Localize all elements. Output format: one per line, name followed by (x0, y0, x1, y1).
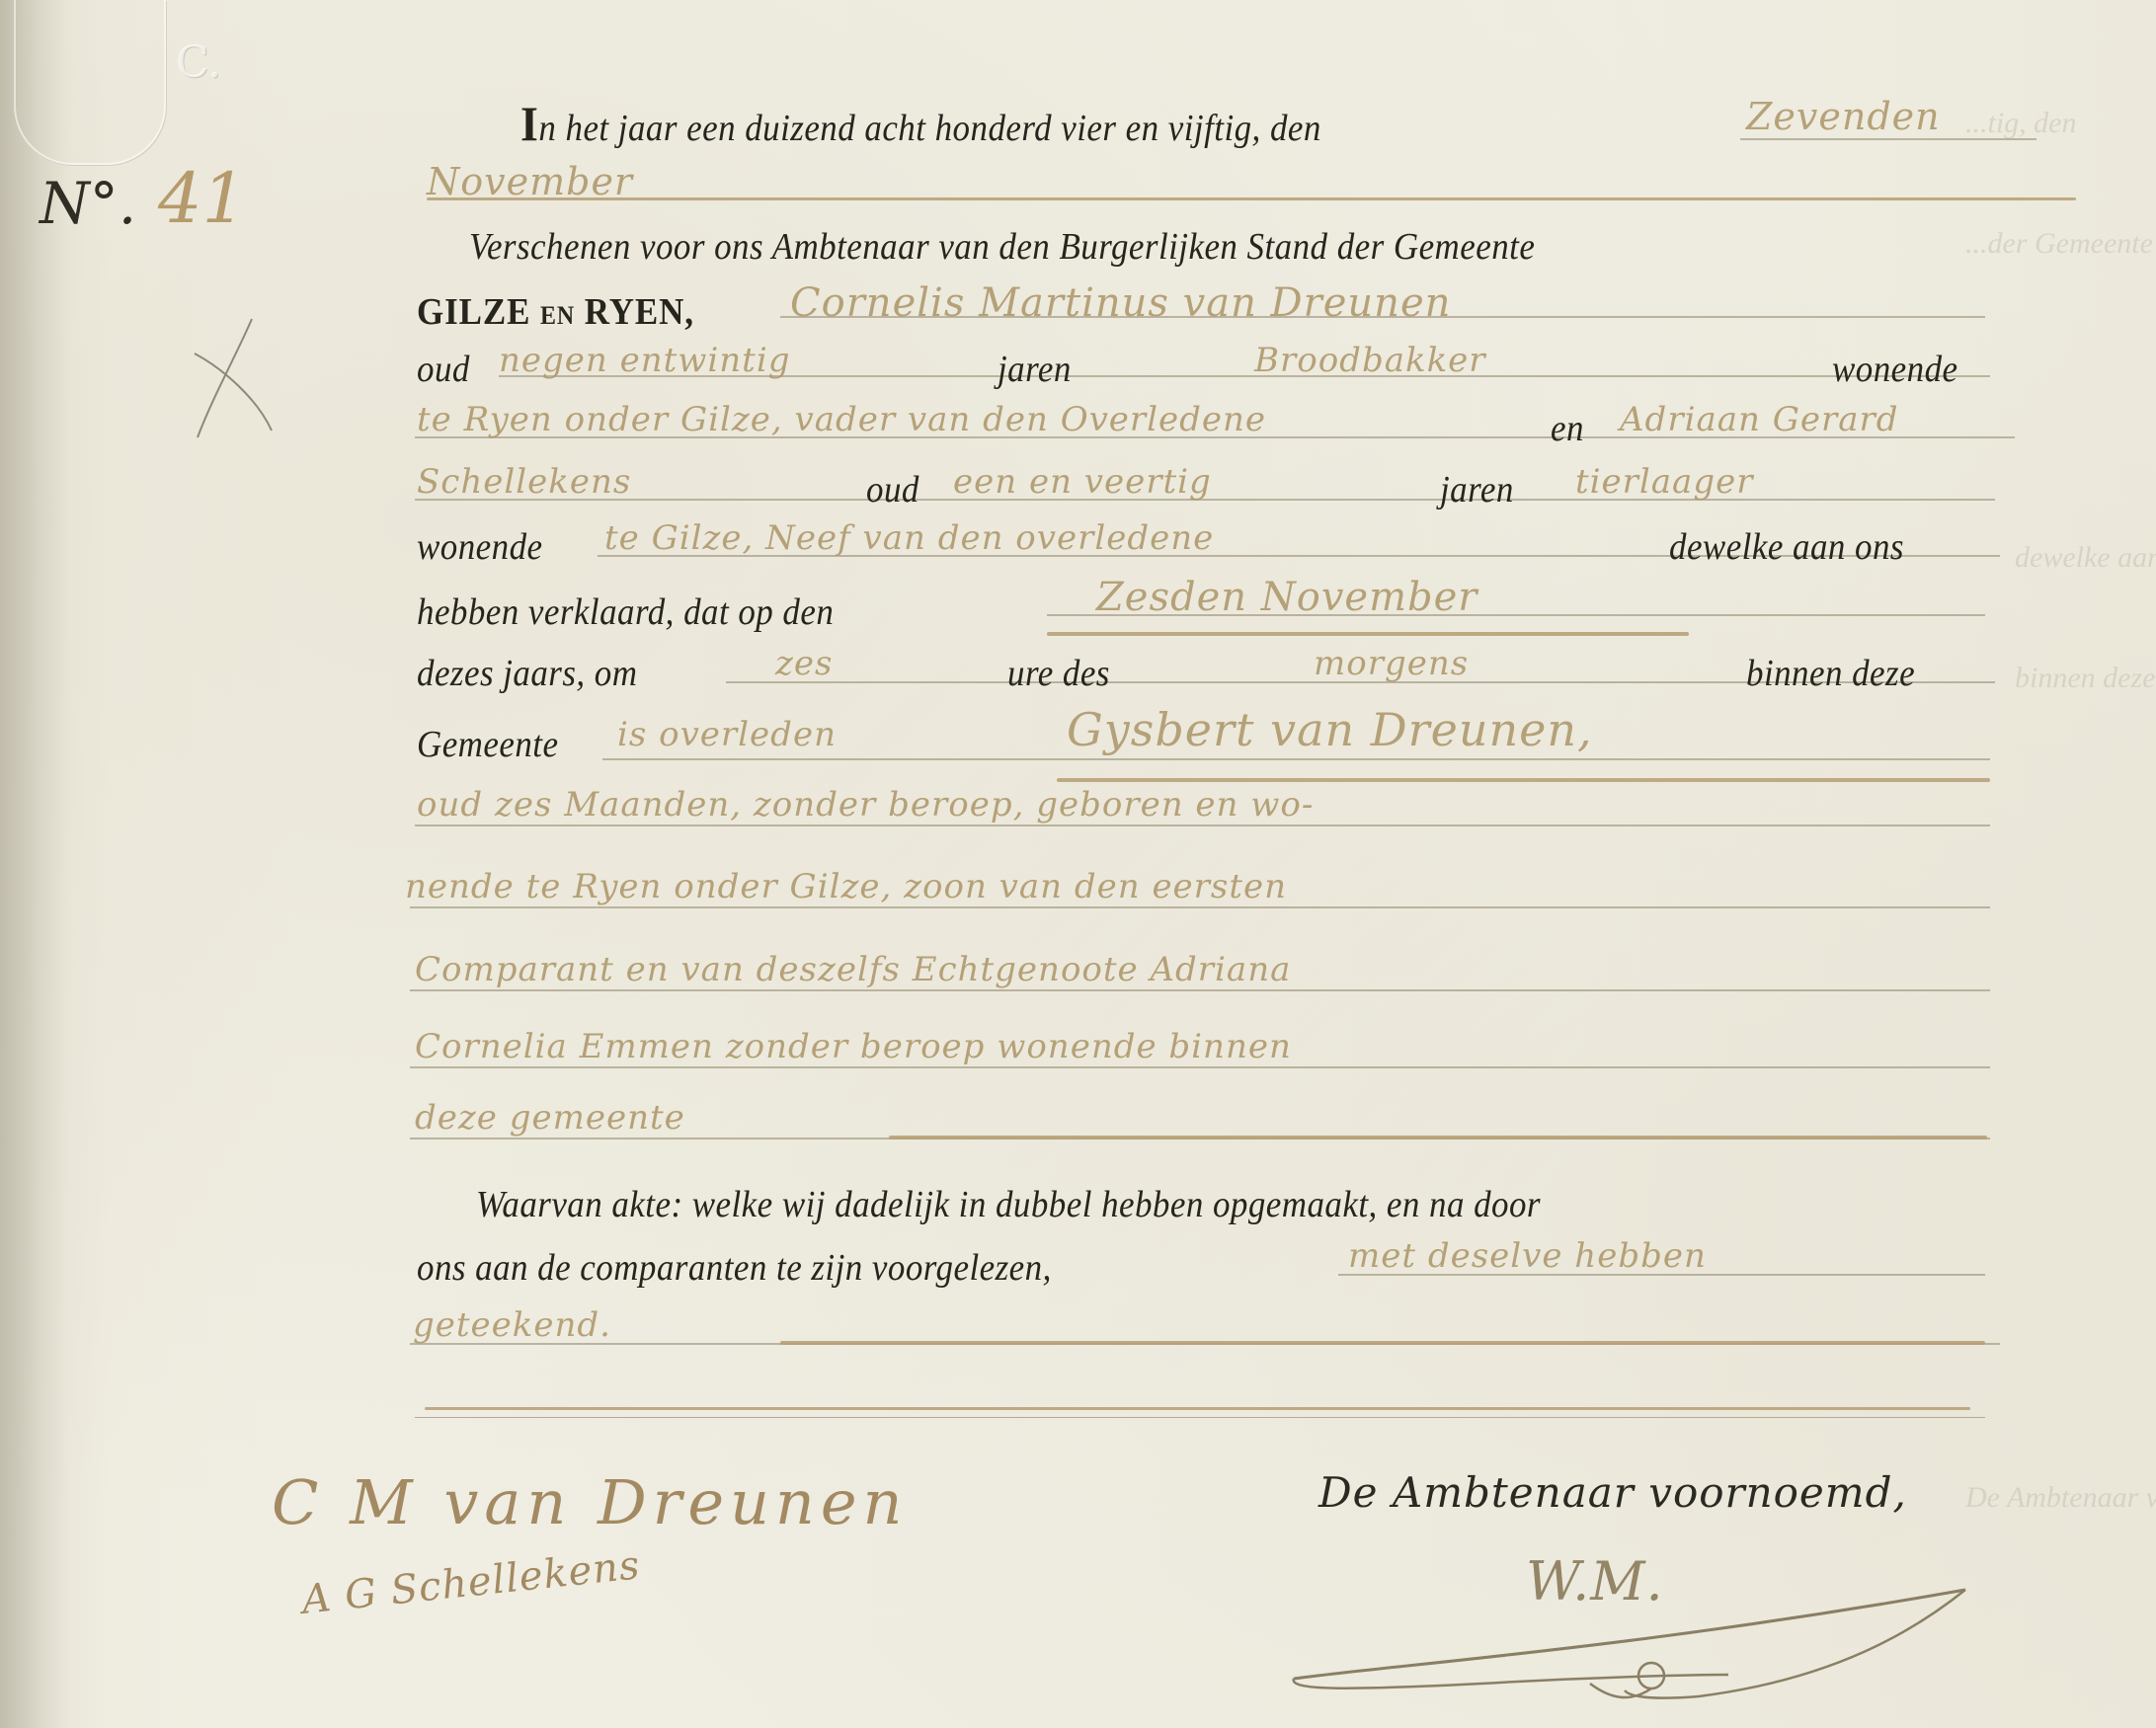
hand-hour: zes (775, 644, 833, 683)
embossed-seal (14, 0, 166, 165)
hand-declarant-2-surname: Schellekens (417, 462, 631, 502)
closing-line-1: Waarvan akte: welke wij dadelijk in dubb… (476, 1183, 1541, 1226)
fill-line (1740, 138, 2036, 140)
section-divider (425, 1407, 1970, 1410)
bleed-text: dewelke aan ons (2015, 541, 2156, 575)
hand-day: Zevenden (1746, 95, 1941, 138)
label-oud: oud (866, 468, 919, 511)
fill-line (410, 906, 1990, 908)
hand-deceased-details-1: oud zes Maanden, zonder beroep, geboren … (417, 785, 1314, 825)
fill-line (602, 758, 1990, 760)
hand-deceased-details-4: Cornelia Emmen zonder beroep wonende bin… (415, 1027, 1292, 1066)
binding-gutter-shadow (0, 0, 69, 1728)
hand-signed-with: met deselve hebben (1348, 1236, 1707, 1276)
hand-occupation-1: Broodbakker (1254, 341, 1486, 380)
hand-declarant-1-name: Cornelis Martinus van Dreunen (790, 280, 1451, 326)
hand-residence-2: te Gilze, Neef van den overledene (604, 518, 1214, 558)
label-wonende: wonende (417, 525, 542, 569)
label-en: en (1551, 407, 1584, 450)
label-jaren: jaren (998, 348, 1072, 391)
fill-line (410, 1066, 1990, 1068)
hand-time-of-day: morgens (1314, 644, 1469, 683)
declared-line: hebben verklaard, dat op den (417, 590, 834, 634)
hand-signed: geteekend. (413, 1305, 611, 1345)
hand-age-1: negen entwintig (499, 341, 790, 380)
hand-is-overleden: is overleden (617, 715, 837, 754)
label-jaren: jaren (1440, 468, 1514, 511)
section-divider (415, 1417, 1985, 1418)
hand-month: November (427, 160, 633, 203)
label-dezes-jaars: dezes jaars, om (417, 652, 637, 695)
municipality-part: GILZE (417, 291, 530, 333)
hand-occupation-2: tierlaager (1575, 462, 1753, 502)
label-dewelke: dewelke aan ons (1669, 525, 1904, 569)
closing-stroke (889, 1136, 1987, 1139)
hand-age-2: een en veertig (953, 462, 1212, 502)
intro-line: In het jaar een duizend acht honderd vie… (520, 95, 1321, 152)
hand-death-date: Zesden November (1096, 575, 1477, 620)
margin-cross-icon (193, 314, 281, 442)
label-oud: oud (417, 348, 470, 391)
hand-residence-1: te Ryen onder Gilze, vader van den Overl… (417, 400, 1266, 439)
fill-line (410, 989, 1990, 991)
label-binnen-deze: binnen deze (1746, 652, 1915, 695)
hand-deceased-name: Gysbert van Dreunen, (1067, 703, 1593, 756)
record-number-value: 41 (158, 158, 246, 239)
municipality-part: RYEN, (585, 291, 694, 333)
drop-cap: I (520, 96, 538, 151)
bleed-text: De Ambtenaar voornoemd (1965, 1481, 2156, 1515)
hand-deceased-details-5: deze gemeente (415, 1098, 685, 1138)
bleed-text: ...der Gemeente (1965, 227, 2153, 261)
municipality-part: EN (540, 301, 575, 330)
fill-line (415, 825, 1990, 826)
fill-line (427, 197, 2076, 200)
record-number-label: N°. (40, 170, 136, 237)
closing-line-2: ons aan de comparanten te zijn voorgelez… (417, 1246, 1052, 1290)
official-label: De Ambtenaar voornoemd, (1318, 1468, 1907, 1517)
municipality-name: GILZE EN RYEN, (417, 290, 694, 334)
intro-text: n het jaar een duizend acht honderd vier… (538, 108, 1320, 149)
closing-stroke (780, 1341, 1985, 1345)
underline-date (1047, 632, 1689, 636)
bleed-text: binnen deze (2015, 662, 2155, 695)
label-gemeente: Gemeente (417, 723, 558, 766)
signature-witness-1: C M van Dreunen (272, 1466, 909, 1538)
signature-flourish-icon (1284, 1580, 1995, 1708)
hand-deceased-details-2: nende te Ryen onder Gilze, zoon van den … (405, 867, 1287, 906)
signature-witness-2: A G Schellekens (300, 1542, 643, 1623)
label-ure-des: ure des (1007, 652, 1110, 695)
emboss-letter: C. (176, 38, 221, 88)
hand-deceased-details-3: Comparant en van deszelfs Echtgenoote Ad… (415, 950, 1291, 989)
hand-declarant-2-firstnames: Adriaan Gerard (1620, 400, 1899, 439)
bleed-text: ...tig, den (1965, 107, 2077, 140)
underline-deceased (1057, 778, 1990, 782)
label-wonende: wonende (1832, 348, 1957, 391)
appeared-line: Verschenen voor ons Ambtenaar van den Bu… (469, 225, 1535, 269)
